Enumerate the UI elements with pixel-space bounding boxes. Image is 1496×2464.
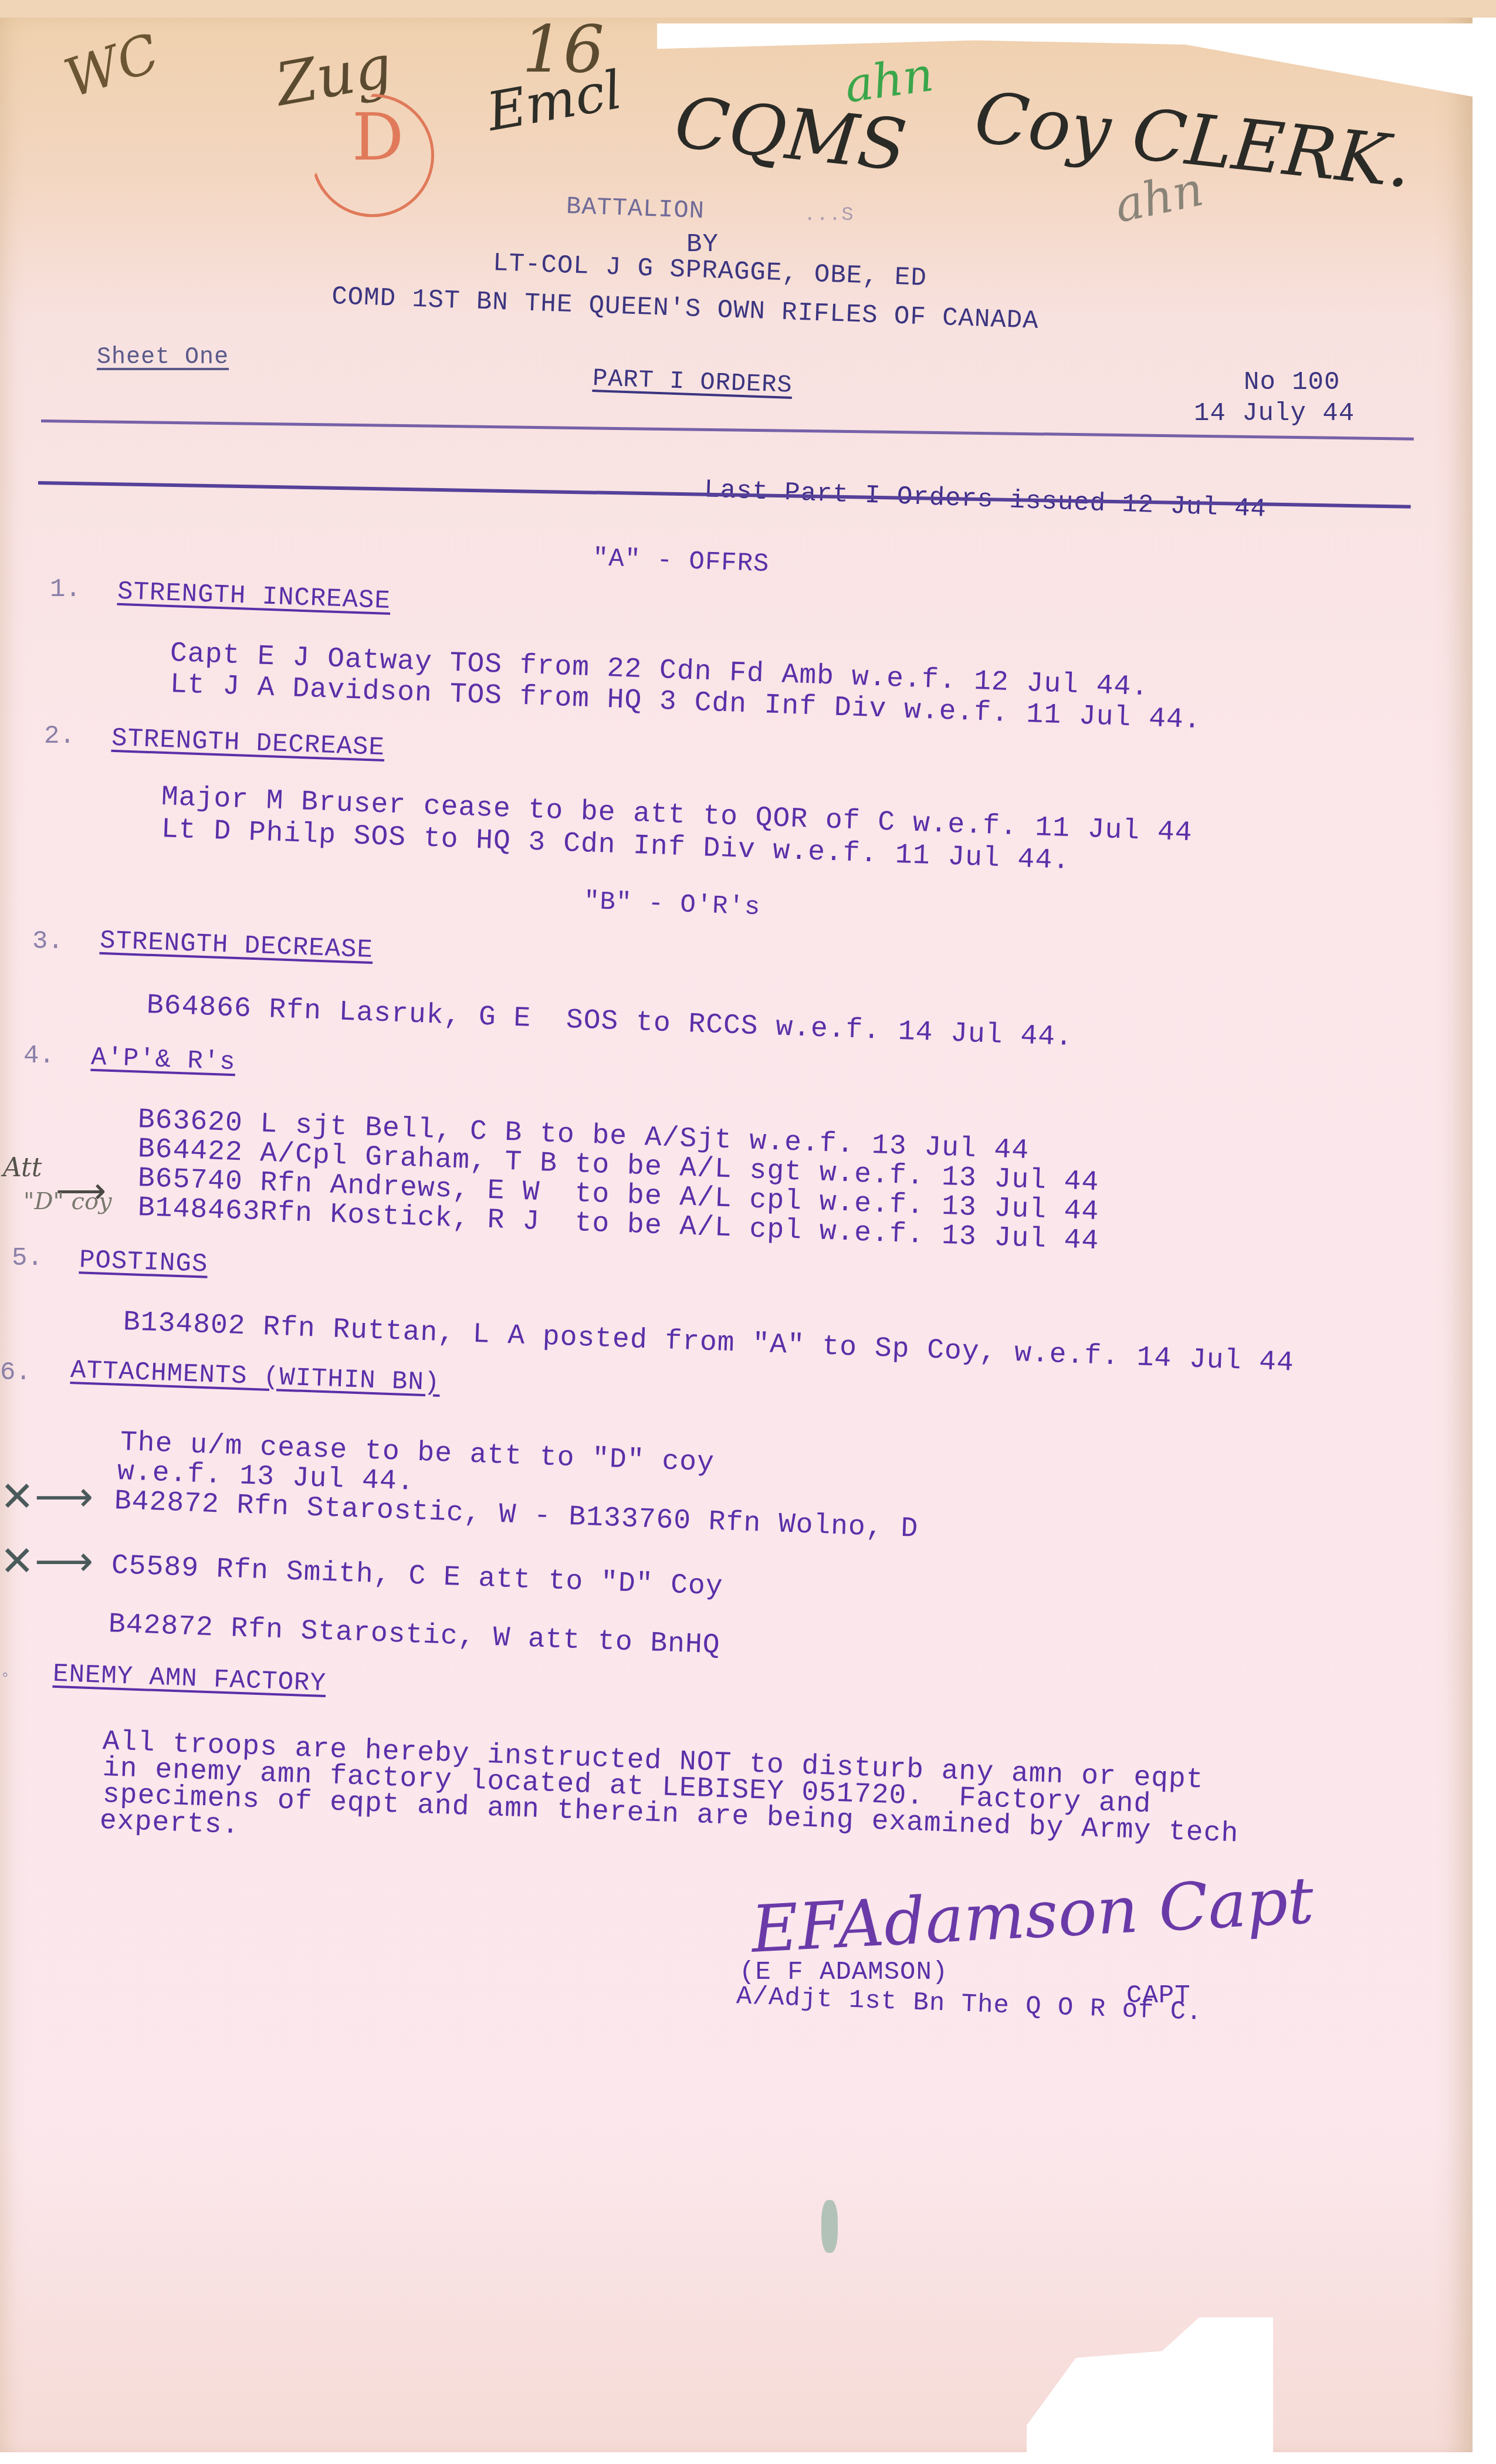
section-3-number: 3.: [32, 927, 63, 956]
section-2-number: 2.: [44, 722, 75, 751]
header-by: BY: [686, 232, 719, 258]
order-number: No 100: [1244, 370, 1340, 395]
order-date: 14 July 44: [1194, 401, 1355, 427]
section-4-title: A'P'& R's: [90, 1045, 236, 1076]
section-7-line: experts.: [99, 1807, 240, 1840]
header-battalion: BATTALION: [566, 194, 705, 224]
margin-cross-arrow-icon: ✕⟶: [0, 1473, 93, 1521]
ink-smudge: [821, 2200, 838, 2253]
section-6-number: 6.: [0, 1358, 31, 1387]
margin-note-att: Att: [3, 1153, 42, 1183]
section-b-heading: "B" - O'R's: [583, 889, 761, 920]
section-7-number: ◦: [0, 1666, 11, 1686]
document-title: PART I ORDERS: [592, 366, 793, 398]
header-battalion-suffix: ...S: [804, 205, 854, 225]
section-1-number: 1.: [50, 575, 81, 604]
section-a-heading: "A" - OFFRS: [592, 546, 770, 577]
section-5-number: 5.: [12, 1244, 43, 1273]
section-5-title: POSTINGS: [79, 1247, 208, 1278]
red-circle-letter: D: [352, 100, 404, 175]
signatory-name: (E F ADAMSON): [739, 1959, 948, 1985]
margin-cross-arrow-icon: ✕⟶: [0, 1537, 93, 1585]
sheet-label: Sheet One: [97, 346, 229, 370]
section-4-number: 4.: [23, 1041, 55, 1071]
margin-note-d-coy: "D" coy: [23, 1188, 112, 1215]
scan-top-strip: [0, 0, 1496, 18]
